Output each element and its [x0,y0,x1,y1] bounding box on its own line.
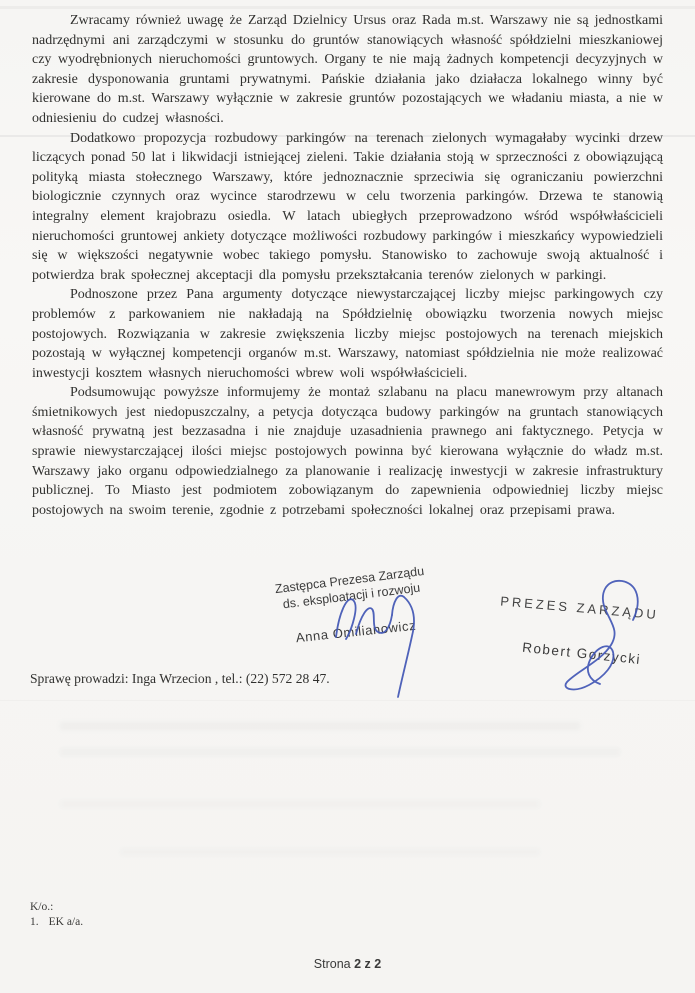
body-paragraph: Podsumowując powyższe informujemy że mon… [32,383,663,520]
case-handler-line: Sprawę prowadzi: Inga Wrzecion , tel.: (… [30,671,330,687]
body-paragraph: Dodatkowo propozycja rozbudowy parkingów… [32,129,663,286]
president-name: Robert Gorzycki [522,640,663,670]
scanned-letter-page: Zwracamy również uwagę że Zarząd Dzielni… [0,0,695,993]
vice-president-stamp: Zastępca Prezesa Zarządu ds. eksploatacj… [257,561,445,615]
distribution-label: K/o.: [30,900,83,915]
scan-artifact [0,6,695,9]
scan-artifact [0,700,695,701]
scan-artifact [120,848,540,856]
letter-body: Zwracamy również uwagę że Zarząd Dzielni… [32,11,663,520]
vice-president-name: Anna Omilianowicz [281,616,432,647]
scan-artifact [60,748,620,756]
body-paragraph: Zwracamy również uwagę że Zarząd Dzielni… [32,11,663,129]
scan-artifact [60,800,540,808]
handwritten-signature-right [566,581,638,690]
president-stamp: PREZES ZARZĄDU [500,593,676,623]
distribution-item-number: 1. [30,915,39,930]
scan-artifact [60,722,580,730]
handwritten-signature-left [336,596,414,697]
page-number-value: 2 z 2 [354,957,381,971]
page-number: Strona 2 z 2 [0,957,695,971]
body-paragraph: Podnoszone przez Pana argumenty dotycząc… [32,285,663,383]
page-number-word: Strona [314,957,351,971]
distribution-list: K/o.: 1. EK a/a. [30,900,83,929]
distribution-item-text: EK a/a. [49,915,83,930]
